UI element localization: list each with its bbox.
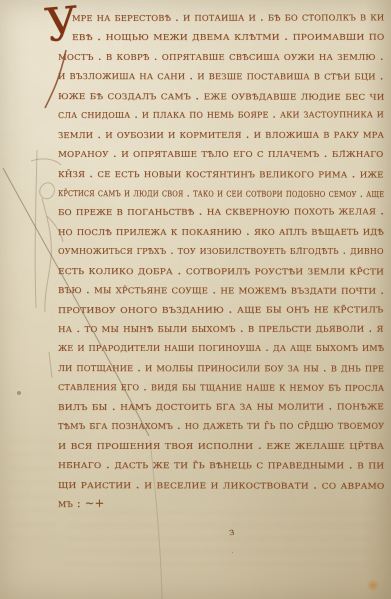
text-line: же и прародители наши погиноуша . да аще… <box>58 338 384 357</box>
text-line: вилъ бы . намъ достоить б̄га за ны молит… <box>58 397 384 416</box>
text-line-content: ставления его . видя бы тщание наше к не… <box>58 377 384 397</box>
text-line-content: сла снидоша . и плака по немь бояре . ак… <box>58 104 384 124</box>
text-line: юже бѣ создалъ самъ . еже оувѣдавше люди… <box>58 86 384 105</box>
text-line: тѣмъ б̄га познахомъ . но дажеть ти г̄ь п… <box>58 416 384 435</box>
text-line-content: есть колико добра . сотворилъ роустѣи зе… <box>58 261 384 281</box>
text-line: ставления его . видя бы тщание наше к не… <box>58 377 384 396</box>
text-line: кн̄зя . се есть новыи костянтинъ великог… <box>58 164 384 183</box>
text-line-content: земли . и оубозии и кормителя . и вложиш… <box>58 124 384 144</box>
text-line: мостъ . в коврѣ . опрятавше свѣсиша оужи… <box>58 47 384 66</box>
text-line-content: мре на берестовѣ . и потаиша и . бѣ бо с… <box>72 7 384 27</box>
text-line-content: вилъ бы . намъ достоить б̄га за ны молит… <box>58 396 384 416</box>
text-line-content: кн̄зя . се есть новыи костянтинъ великог… <box>58 164 384 184</box>
text-line-content: мъ : ~+ <box>58 494 104 514</box>
text-line-content: же и прародители наши погиноуша . да аще… <box>58 338 384 357</box>
quire-mark-secondary: . <box>231 546 234 556</box>
text-line: въю . мы хр̄стьяне соуще . не можемъ въз… <box>58 280 384 299</box>
text-line: мре на берестовѣ . и потаиша и . бѣ бо с… <box>72 8 384 27</box>
text-line-content: юже бѣ создалъ самъ . еже оувѣдавше люди… <box>58 86 385 106</box>
text-line: кр̄стися самъ и люди своя . тако и сеи с… <box>58 183 384 202</box>
text-line-content: мораноу . и опрятавше тѣло его с плачемъ… <box>58 144 383 163</box>
ink-stain <box>366 580 380 591</box>
text-line: земли . и оубозии и кормителя . и вложиш… <box>58 125 384 144</box>
dot-stain <box>17 391 21 395</box>
text-line-content: въю . мы хр̄стьяне соуще . не можемъ въз… <box>58 280 384 300</box>
manuscript-page: У мре на берестовѣ . и потаиша и . бѣ бо… <box>0 0 391 599</box>
text-line-content: тѣмъ б̄га познахомъ . но дажеть ти г̄ь п… <box>58 416 384 436</box>
text-line: мораноу . и опрятавше тѣло его с плачемъ… <box>58 144 384 163</box>
text-line: щи раистии . и веселие и ликоствовати . … <box>58 475 384 494</box>
text-line: есть колико добра . сотворилъ роустѣи зе… <box>58 261 384 280</box>
text-line-content: евѣ . нощью межи двема клѣтми . проимавш… <box>72 27 384 47</box>
text-line-content: кр̄стися самъ и люди своя . тако и сеи с… <box>58 183 384 203</box>
text-line-content: мостъ . в коврѣ . опрятавше свѣсиша оужи… <box>58 47 384 66</box>
text-line: мъ : ~+ <box>58 494 384 513</box>
text-line-content: противоу оного възданию . аще бы онъ не … <box>58 299 384 319</box>
text-line-content: щи раистии . и веселие и ликоствовати . … <box>58 475 385 495</box>
text-line: нб̄наго . дасть же ти г̄ь вѣнець с праве… <box>58 455 384 474</box>
text-line-content: на . то мы нынѣ были быхомъ . в прельсти… <box>58 319 384 339</box>
text-line: и възложиша на сани . и везше поставиша … <box>58 66 384 85</box>
text-line: противоу оного възданию . аще бы онъ не … <box>58 300 384 319</box>
text-block: мре на берестовѣ . и потаиша и . бѣ бо с… <box>58 8 384 513</box>
text-line-content: и вся прошения твоя исполни . еже желаше… <box>58 436 384 455</box>
showthrough-margin-ghost <box>6 430 58 540</box>
text-line: ли потщание . и молбы приносили б̄оу за … <box>58 358 384 377</box>
text-line: и вся прошения твоя исполни . еже желаше… <box>58 436 384 455</box>
text-line: евѣ . нощью межи двема клѣтми . проимавш… <box>72 27 384 46</box>
text-line-content: ли потщание . и молбы приносили б̄оу за … <box>58 358 384 378</box>
text-line-content: нб̄наго . дасть же ти г̄ь вѣнець с праве… <box>58 455 384 475</box>
text-line-content: оумножиться грѣхъ . тоу изобилствоуеть б… <box>58 241 384 260</box>
text-line: но послѣ прилежа к покаянию . яко ап̄лъ … <box>58 222 384 241</box>
text-line: сла снидоша . и плака по немь бояре . ак… <box>58 105 384 124</box>
text-line: бо преже в поганьствѣ . на скверноую пох… <box>58 202 384 221</box>
text-line-content: и възложиша на сани . и везше поставиша … <box>58 66 384 86</box>
text-line: оумножиться грѣхъ . тоу изобилствоуеть б… <box>58 241 384 260</box>
text-line: на . то мы нынѣ были быхомъ . в прельсти… <box>58 319 384 338</box>
text-line-content: но послѣ прилежа к покаянию . яко ап̄лъ … <box>58 221 384 241</box>
text-line-content: бо преже в поганьствѣ . на скверноую пох… <box>58 202 384 222</box>
